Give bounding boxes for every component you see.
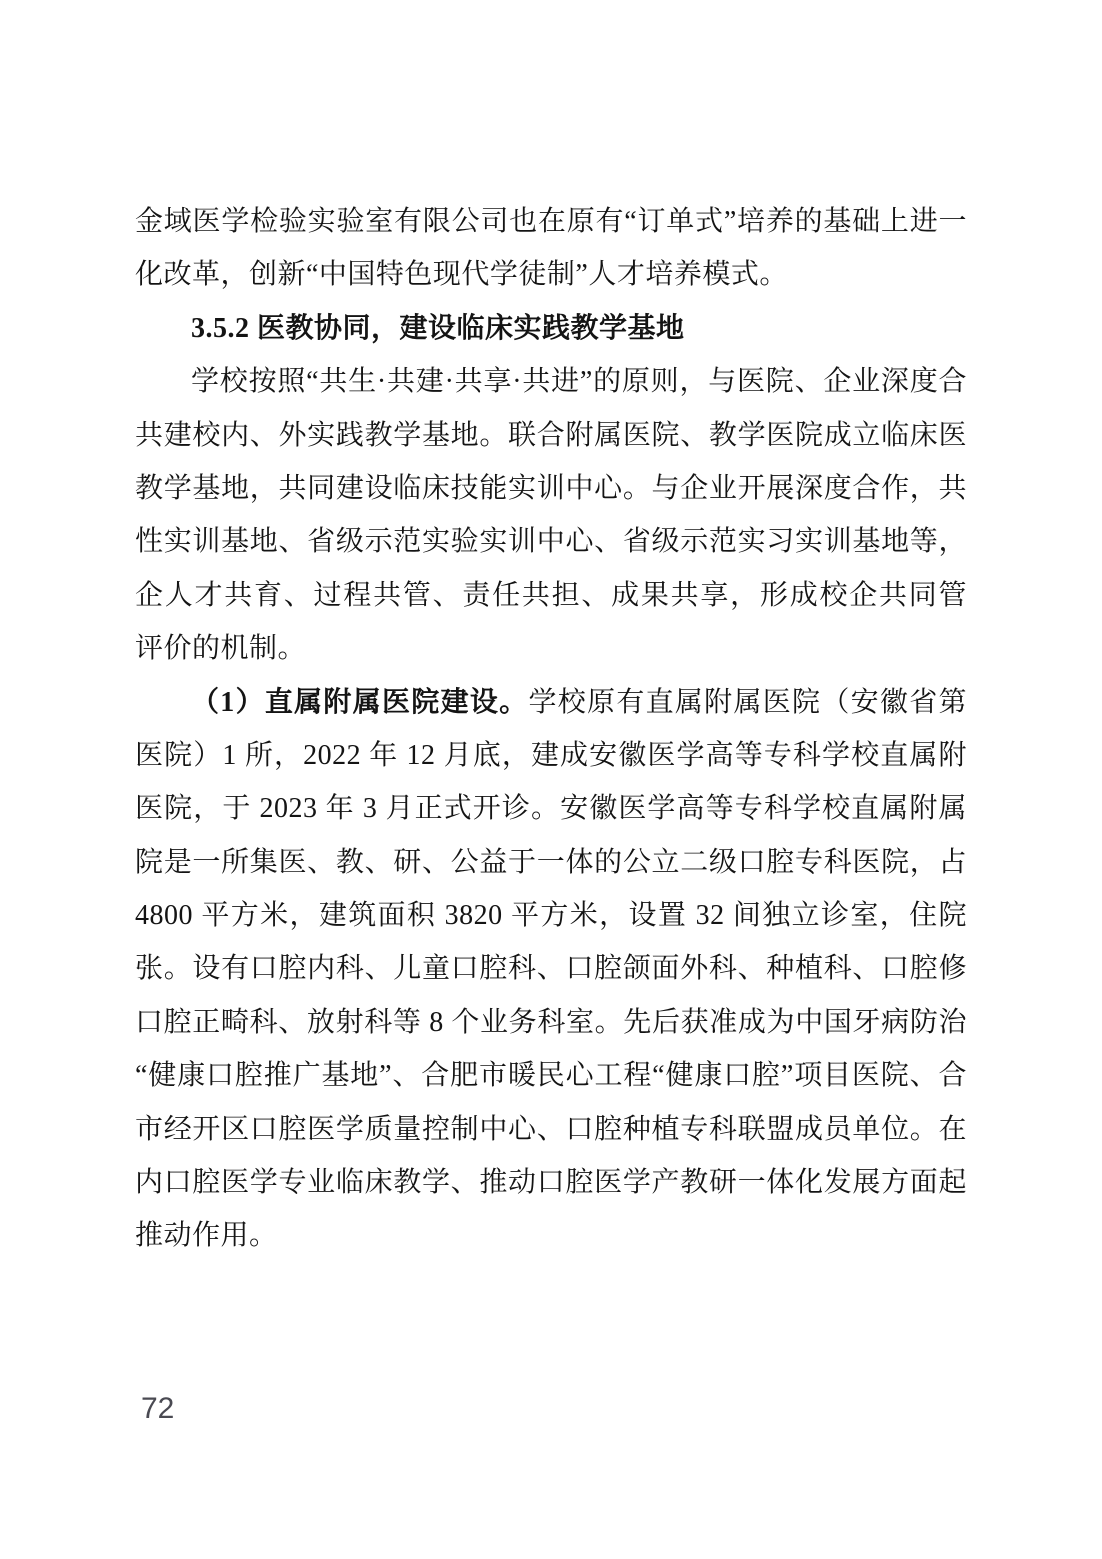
text-run: 口腔正畸科、放射科等 8 个业务科室。先后获准成为中国牙病防治基金会 [135,1007,967,1049]
text-run: 金域医学检验实验室有限公司也在原有“订单式”培养的基础上进一步深 [135,206,967,248]
text-line: 共建校内、外实践教学基地。联合附属医院、教学医院成立临床医学实践 [135,409,967,462]
text-line: 金域医学检验实验室有限公司也在原有“订单式”培养的基础上进一步深 [135,195,967,248]
text-line: 教学基地，共同建设临床技能实训中心。与企业开展深度合作，共建生产 [135,462,967,515]
text-line: 评价的机制。 [135,622,967,675]
page-number: 72 [141,1392,174,1426]
bold-text-run: （1）直属附属医院建设。 [191,687,528,718]
text-run: 市经开区口腔医学质量控制中心、口腔种植专科联盟成员单位。在承担校 [135,1114,967,1156]
text-line: 院是一所集医、教、研、公益于一体的公立二级口腔专科医院，占地面积 [135,836,967,889]
text-run: 企人才共育、过程共管、责任共担、成果共享，形成校企共同管理、共同 [135,580,967,622]
text-run: 共建校内、外实践教学基地。联合附属医院、教学医院成立临床医学实践 [135,420,967,462]
text-line: “健康口腔推广基地”、合肥市暖民心工程“健康口腔”项目医院、合肥 [135,1049,967,1102]
text-line: 推动作用。 [135,1209,967,1262]
text-line: 口腔正畸科、放射科等 8 个业务科室。先后获准成为中国牙病防治基金会 [135,996,967,1049]
text-run: 内口腔医学专业临床教学、推动口腔医学产教研一体化发展方面起到重要 [135,1167,967,1209]
text-line: 医院，于 2023 年 3 月正式开诊。安徽医学高等专科学校直属附属口腔医 [135,782,967,835]
text-content: 金域医学检验实验室有限公司也在原有“订单式”培养的基础上进一步深化改革，创新“中… [135,195,967,1263]
text-line: 内口腔医学专业临床教学、推动口腔医学产教研一体化发展方面起到重要 [135,1156,967,1209]
text-run: “健康口腔推广基地”、合肥市暖民心工程“健康口腔”项目医院、合肥 [135,1060,967,1102]
text-line: 学校按照“共生·共建·共享·共进”的原则，与医院、企业深度合作， [135,355,967,408]
text-run: 张。设有口腔内科、儿童口腔科、口腔颌面外科、种植科、口腔修复科、 [135,953,967,995]
text-run: 4800 平方米，建筑面积 3820 平方米，设置 32 间独立诊室，住院病床 … [135,900,967,942]
text-run: 性实训基地、省级示范实验实训中心、省级示范实习实训基地等，实现校 [135,526,967,568]
text-line: 4800 平方米，建筑面积 3820 平方米，设置 32 间独立诊室，住院病床 … [135,889,967,942]
text-run: 医院）1 所，2022 年 12 月底，建成安徽医学高等专科学校直属附属口腔 [135,740,967,782]
text-run: 学校按照“共生·共建·共享·共进”的原则，与医院、企业深度合作， [135,366,967,408]
text-run: 评价的机制。 [135,633,306,664]
text-line: （1）直属附属医院建设。学校原有直属附属医院（安徽省第二人民 [135,676,967,729]
text-line: 企人才共育、过程共管、责任共担、成果共享，形成校企共同管理、共同 [135,569,967,622]
text-run: 院是一所集医、教、研、公益于一体的公立二级口腔专科医院，占地面积 [135,847,967,889]
text-line: 张。设有口腔内科、儿童口腔科、口腔颌面外科、种植科、口腔修复科、 [135,942,967,995]
section-heading: 3.5.2 医教协同，建设临床实践教学基地 [135,302,967,355]
document-page: 金域医学检验实验室有限公司也在原有“订单式”培养的基础上进一步深化改革，创新“中… [0,0,1102,1559]
text-line: 化改革，创新“中国特色现代学徒制”人才培养模式。 [135,248,967,301]
text-run: 教学基地，共同建设临床技能实训中心。与企业开展深度合作，共建生产 [135,473,967,515]
text-line: 市经开区口腔医学质量控制中心、口腔种植专科联盟成员单位。在承担校 [135,1103,967,1156]
bold-text-run: 3.5.2 医教协同，建设临床实践教学基地 [191,313,685,344]
text-line: 性实训基地、省级示范实验实训中心、省级示范实习实训基地等，实现校 [135,515,967,568]
text-run: 推动作用。 [135,1220,278,1251]
text-run: 医院，于 2023 年 3 月正式开诊。安徽医学高等专科学校直属附属口腔医 [135,793,967,835]
text-line: 医院）1 所，2022 年 12 月底，建成安徽医学高等专科学校直属附属口腔 [135,729,967,782]
text-run: 化改革，创新“中国特色现代学徒制”人才培养模式。 [135,259,788,290]
